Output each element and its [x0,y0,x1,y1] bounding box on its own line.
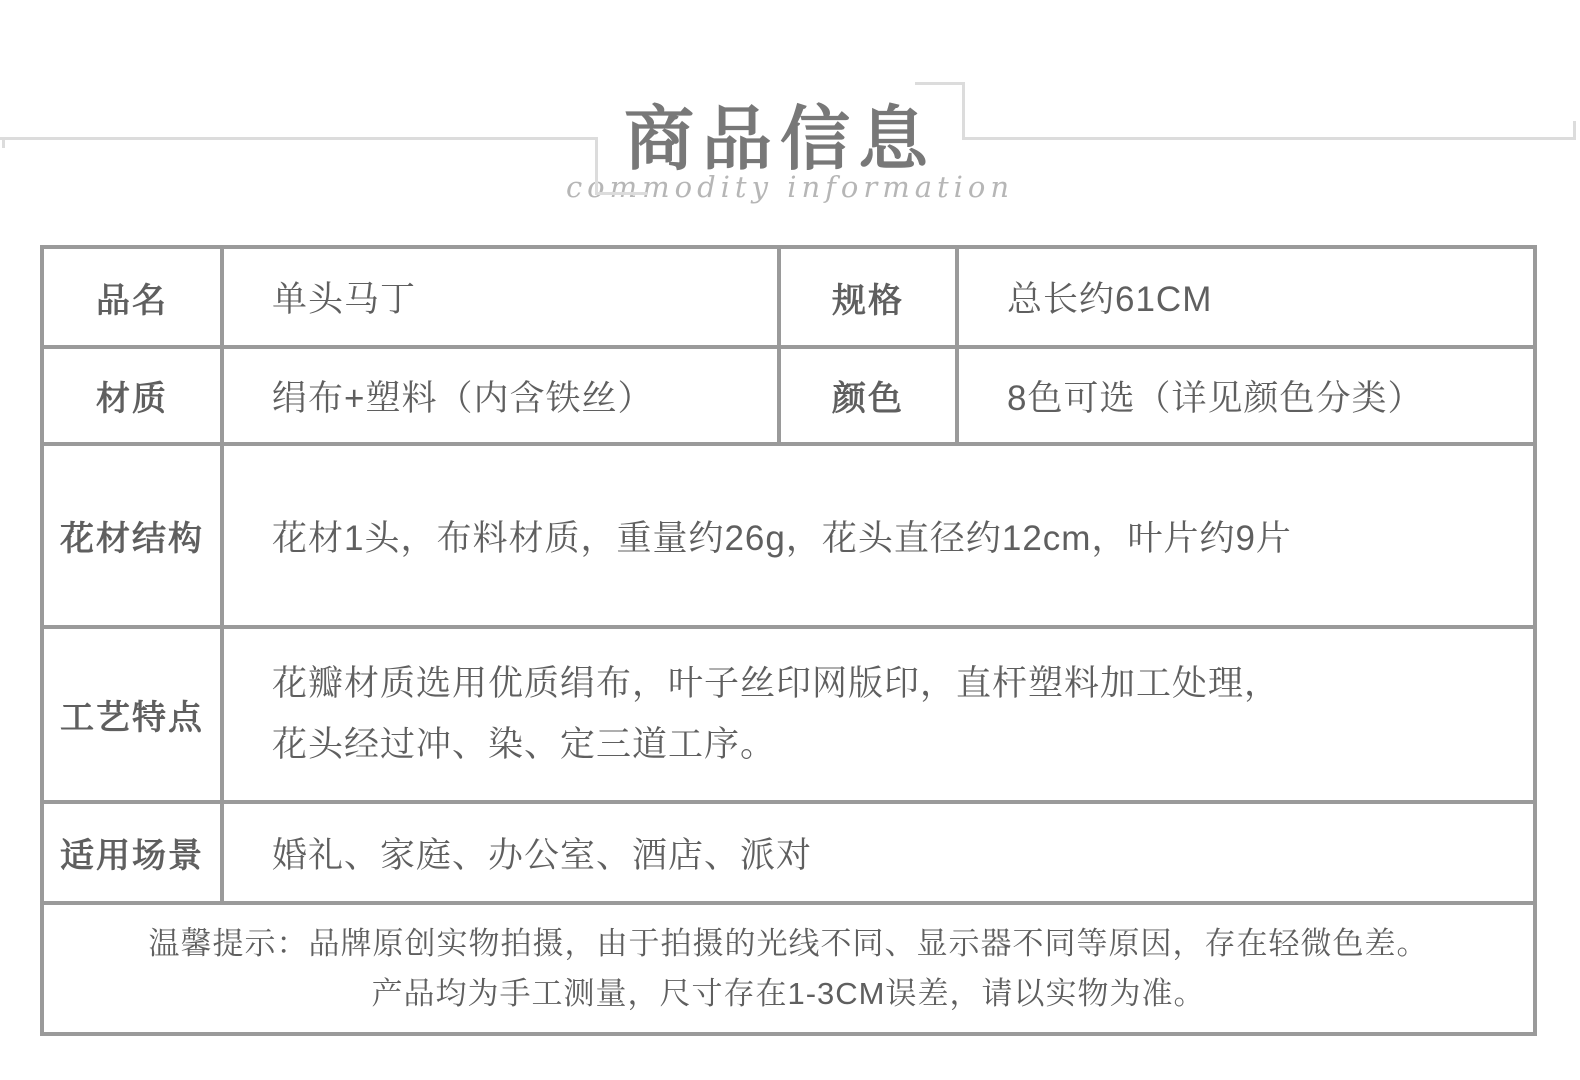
row-structure-value: 花材1头，布料材质，重量约26g，花头直径约12cm，叶片约9片 [224,446,1533,625]
decoration-step-right-vertical [962,82,965,140]
row-name-value: 单头马丁 [224,249,777,345]
row-material-value: 绢布+塑料（内含铁丝） [224,349,777,442]
row-color-label: 颜色 [781,349,955,442]
row-craft-value: 花瓣材质选用优质绢布，叶子丝印网版印，直杆塑料加工处理， 花头经过冲、染、定三道… [224,629,1533,800]
row-craft-value-line1: 花瓣材质选用优质绢布，叶子丝印网版印，直杆塑料加工处理， [272,654,1280,714]
row-spec-value: 总长约61CM [959,249,1533,345]
decoration-line-left [0,137,598,140]
decoration-tick-left [2,137,5,148]
row-craft-value-line2: 花头经过冲、染、定三道工序。 [272,715,776,775]
notice-line-1: 温馨提示：品牌原创实物拍摄，由于拍摄的光线不同、显示器不同等原因，存在轻微色差。 [149,919,1429,969]
row-spec-label: 规格 [781,249,955,345]
row-scene-label: 适用场景 [44,804,220,901]
row-name-label: 品名 [44,249,220,345]
row-material-label: 材质 [44,349,220,442]
decoration-step-left-foot [595,192,647,195]
notice-line-2: 产品均为手工测量，尺寸存在1-3CM误差，请以实物为准。 [371,969,1205,1019]
decoration-tick-right [1573,121,1576,140]
row-scene-value: 婚礼、家庭、办公室、酒店、派对 [224,804,1533,901]
decoration-step-right-top [915,82,965,85]
decoration-step-left-vertical [595,137,598,195]
row-structure-label: 花材结构 [44,446,220,625]
decoration-line-right [962,137,1576,140]
page-subtitle: commodity information [0,170,1580,204]
notice-row: 温馨提示：品牌原创实物拍摄，由于拍摄的光线不同、显示器不同等原因，存在轻微色差。… [44,905,1533,1032]
page-title: 商品信息 [0,83,1560,184]
row-craft-label: 工艺特点 [44,629,220,800]
product-info-table: 品名 单头马丁 规格 总长约61CM 材质 绢布+塑料（内含铁丝） 颜色 8色可… [40,245,1537,1036]
row-color-value: 8色可选（详见颜色分类） [959,349,1533,442]
